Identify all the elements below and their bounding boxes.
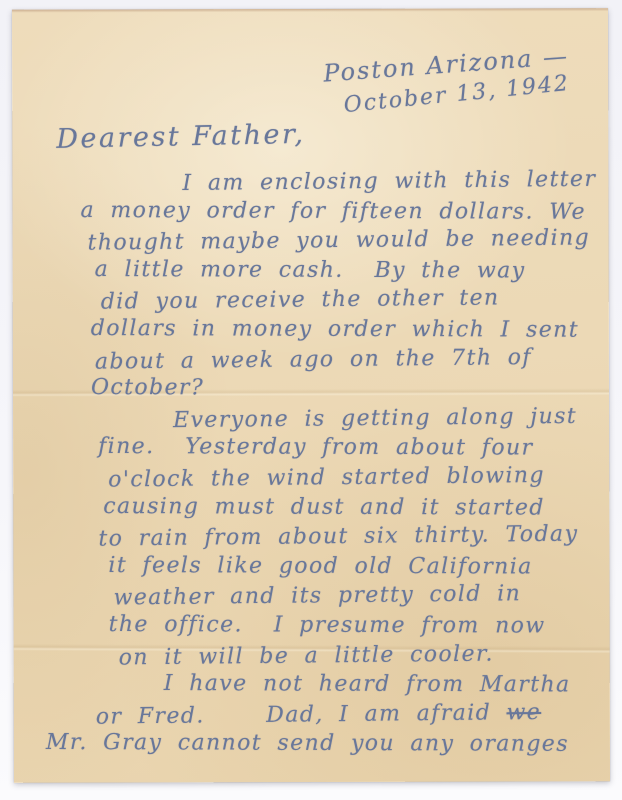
- letter-line: October?: [91, 373, 617, 404]
- letter-line: it feels like good old California: [108, 551, 617, 582]
- letter-line: causing must dust and it started: [103, 492, 617, 523]
- letter-line: Everyone is getting along just: [173, 401, 617, 435]
- letter-line: dollars in money order which I sent: [91, 314, 617, 345]
- letter-line: Mr. Gray cannot send you any oranges: [46, 728, 618, 760]
- letter-line: did you receive the other ten: [101, 283, 617, 318]
- letter-line: to rain from about six thirty. Today: [98, 519, 617, 554]
- letter-line: the office. I presume from now: [109, 610, 618, 641]
- letter-line: on it will be a little cooler.: [119, 638, 618, 673]
- letter-line: a money order for fifteen dollars. We: [80, 196, 616, 227]
- letter-line: a little more cash. By the way: [95, 255, 617, 286]
- letter-page: Poston Arizona — October 13, 1942 Deares…: [12, 8, 610, 783]
- letter-heading: Poston Arizona — October 13, 1942: [322, 42, 572, 117]
- struck-word: we: [506, 700, 541, 725]
- letter-line: fine. Yesterday from about four: [98, 432, 617, 463]
- scanned-letter-canvas: Poston Arizona — October 13, 1942 Deares…: [0, 0, 622, 800]
- letter-line: I am enclosing with this letter: [182, 164, 616, 198]
- letter-line: I have not heard from Martha: [164, 669, 618, 700]
- letter-body: I am enclosing with this lettera money o…: [56, 166, 618, 759]
- letter-line: or Fred. Dad, I am afraid we: [96, 697, 618, 732]
- letter-line: weather and its pretty cold in: [113, 579, 617, 614]
- letter-line: o'clock the wind started blowing: [108, 460, 617, 495]
- letter-salutation: Dearest Father,: [56, 119, 306, 155]
- letter-line: about a week ago on the 7th of: [95, 342, 617, 377]
- paper-top-edge: [12, 8, 608, 13]
- letter-line: thought maybe you would be needing: [87, 223, 616, 258]
